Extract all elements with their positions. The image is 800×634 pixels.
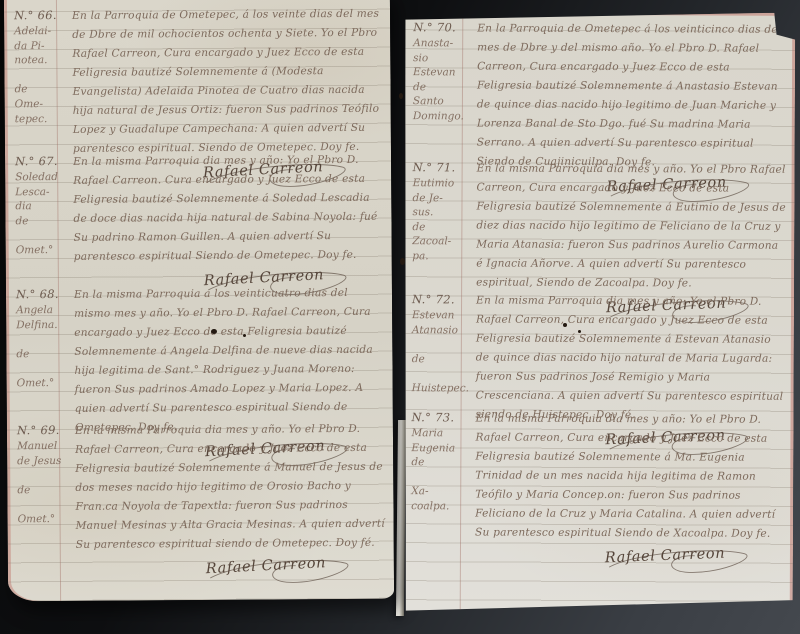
ink-blot [400, 258, 405, 265]
entry-margin-note: Angela Delfina. de Omet.° [16, 303, 63, 391]
entry-number: N.° 67. [15, 154, 61, 168]
ink-blot [399, 93, 403, 99]
entry-number: N.° 71. [413, 160, 465, 174]
ink-blot [211, 329, 217, 334]
baptism-entry-67: N.° 67. Soledad Lesca- dia de Omet.° En … [15, 151, 384, 287]
baptism-entry-72: N.° 72. Estevan Atanasio de Huistepec. E… [412, 291, 787, 411]
register-left-page: N.° 66. Adelai- da Pi- notea. de Ome- te… [4, 0, 394, 601]
page-stack-edge [396, 420, 406, 616]
entry-body-text: En la misma Parroquia dia mes y año: Yo … [476, 291, 787, 425]
ink-blot [563, 323, 567, 327]
entry-margin-note: Soledad Lesca- dia de Omet.° [15, 170, 62, 258]
entry-body-text: En la misma Parroquia dia mes y año: Yo … [475, 409, 786, 543]
signature-text: Rafael Carreon [206, 555, 327, 577]
entry-margin-note: Manuel de Jesus de Omet.° [17, 439, 64, 527]
entry-margin-note: Anasta- sio Estevan de Santo Domingo. [413, 36, 465, 124]
register-right-page: N.° 70. Anasta- sio Estevan de Santo Dom… [403, 11, 796, 621]
entry-body-text: En la misma Parroquia a los veinticuatro… [74, 284, 385, 438]
entry-number: N.° 66. [14, 8, 60, 22]
entry-margin-note: Maria Eugenia de Xa- coalpa. [411, 426, 463, 514]
entry-body-text: En la misma Parroquia dia mes y año: Yo … [73, 151, 384, 267]
entry-number: N.° 69. [17, 423, 63, 437]
entry-body-text: En la Parroquia de Ometepec á los veinti… [477, 19, 788, 172]
entry-69-margin: N.° 69. Manuel de Jesus de Omet.° [17, 422, 64, 572]
signature-text: Rafael Carreon [605, 546, 726, 567]
entry-body-text: En la misma Parroquia dia mes y año. Yo … [75, 420, 386, 555]
entry-number: N.° 70. [413, 20, 465, 34]
ink-blot [578, 330, 581, 333]
entry-71-margin: N.° 71. Eutimio de Je- sus. de Zacoal- p… [412, 159, 465, 291]
baptism-entry-66: N.° 66. Adelai- da Pi- notea. de Ome- te… [14, 5, 383, 154]
priest-signature: Rafael Carreon [605, 541, 756, 577]
entry-margin-note: Adelai- da Pi- notea. de Ome- tepec. [14, 24, 61, 126]
entry-body-text: En la misma Parroquia dia mes y año. Yo … [476, 159, 787, 293]
entry-72-margin: N.° 72. Estevan Atanasio de Huistepec. [412, 291, 465, 409]
priest-signature: Rafael Carreon [205, 551, 356, 589]
entry-body-text: En la Parroquia de Ometepec, á los veint… [72, 5, 383, 159]
entry-number: N.° 68. [16, 287, 62, 301]
entry-70-margin: N.° 70. Anasta- sio Estevan de Santo Dom… [413, 19, 466, 159]
entry-margin-note: Estevan Atanasio de Huistepec. [412, 308, 464, 396]
baptism-entry-71: N.° 71. Eutimio de Je- sus. de Zacoal- p… [412, 159, 787, 293]
entry-number: N.° 72. [412, 292, 464, 306]
baptism-entry-68: N.° 68. Angela Delfina. de Omet.° En la … [16, 284, 385, 423]
entry-number: N.° 73. [412, 410, 464, 424]
entry-73-margin: N.° 73. Maria Eugenia de Xa- coalpa. [411, 409, 464, 559]
baptism-entry-73: N.° 73. Maria Eugenia de Xa- coalpa. En … [411, 409, 786, 561]
baptism-entry-70: N.° 70. Anasta- sio Estevan de Santo Dom… [413, 19, 788, 161]
entry-margin-note: Eutimio de Je- sus. de Zacoal- pa. [412, 176, 464, 264]
ink-blot [243, 334, 246, 337]
entry-66-margin: N.° 66. Adelai- da Pi- notea. de Ome- te… [14, 7, 61, 153]
entry-67-margin: N.° 67. Soledad Lesca- dia de Omet.° [15, 153, 62, 286]
baptism-entry-69: N.° 69. Manuel de Jesus de Omet.° En la … [17, 420, 386, 573]
entry-68-margin: N.° 68. Angela Delfina. de Omet.° [16, 286, 63, 422]
